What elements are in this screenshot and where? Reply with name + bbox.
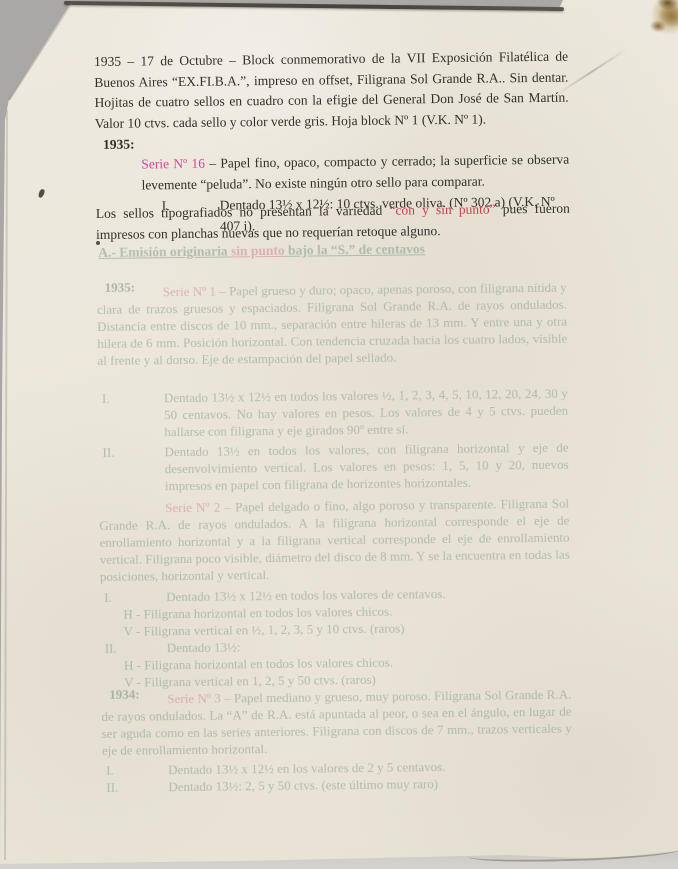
note-paragraph: Los sellos tipografiados no presentan la…	[96, 199, 570, 245]
page-text-layer: 1935 – 17 de Octubre – Block conmemorati…	[94, 47, 579, 852]
item-marker: I.	[106, 762, 114, 779]
subitem-text: Filigrana horizontal en todos los valore…	[144, 604, 393, 622]
item-text: Dentado 13½ x 12½ en todos los valores ½…	[164, 385, 569, 441]
item-marker: I.	[104, 589, 112, 606]
item-text: Dentado 13½ en todos los valores, con fi…	[164, 439, 569, 495]
faded-heading-part3: bajo la “S.” de centavos	[285, 241, 425, 258]
note-text-1: Los sellos tipografiados no presentan la…	[96, 203, 390, 221]
subitem-text: Filigrana vertical en 1, 2, 5 y 50 ctvs.…	[144, 672, 376, 690]
subitem-marker: V -	[123, 624, 140, 639]
item-marker: II.	[102, 444, 114, 461]
faded-serie-2-label: Serie Nº 2 –	[165, 499, 231, 515]
item-marker: I.	[102, 390, 110, 407]
subitem-text: Filigrana horizontal en todos los valore…	[144, 655, 393, 673]
item-marker: II.	[105, 640, 117, 657]
faded-item: I. Dentado 13½ x 12½ en todos los valore…	[98, 385, 568, 390]
faded-serie-2-paragraph: Serie Nº 2 – Papel delgado o fino, algo …	[99, 495, 570, 585]
item-text: Dentado 13½: 2, 5 y 50 ctvs. (este últim…	[168, 774, 572, 796]
faded-item: I. Dentado 13½ x 12½ en todos los valore…	[100, 584, 570, 589]
faded-heading-part1: A.- Emisión originaria	[98, 243, 231, 260]
faded-serie-3-paragraph: Serie Nº 3 – Papel mediano y grueso, muy…	[101, 686, 572, 759]
note-highlight: “con y sin punto”	[389, 201, 495, 217]
faded-heading-part2: sin punto	[231, 243, 285, 259]
faded-serie-1-paragraph: Serie Nº 1 – Papel grueso y duro; opaco,…	[97, 279, 568, 369]
serie-16-label: Serie Nº 16	[141, 156, 205, 172]
subitem-marker: H -	[123, 607, 140, 622]
item-marker: II.	[106, 779, 118, 796]
serie-16-description: – Papel fino, opaco, compacto y cerrado;…	[141, 152, 569, 192]
year-heading-1935: 1935:	[103, 135, 135, 156]
subitem-text: Filigrana vertical en ½, 1, 2, 3, 5 y 10…	[143, 621, 404, 639]
scanned-document-page: 1935 – 17 de Octubre – Block conmemorati…	[0, 0, 678, 869]
faded-section-heading: A.- Emisión originaria sin punto bajo la…	[98, 240, 425, 261]
intro-paragraph: 1935 – 17 de Octubre – Block conmemorati…	[94, 47, 569, 134]
serie-16-paragraph: Serie Nº 16 – Papel fino, opaco, compact…	[141, 150, 569, 196]
subitem-marker: H -	[124, 658, 141, 673]
tape-residue-stain	[638, 0, 678, 53]
faded-serie-1-label: Serie Nº 1 –	[163, 284, 226, 300]
faded-serie-3-label: Serie Nº 3 –	[167, 690, 230, 706]
